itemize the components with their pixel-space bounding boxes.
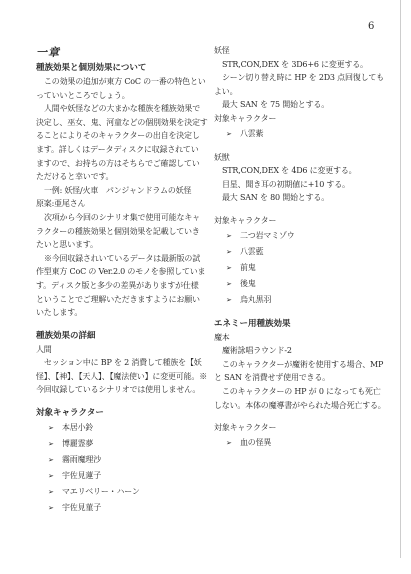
text-line: たいと思います。 (36, 238, 210, 252)
text-line: 一例: 妖怪/火車 パンジャンドラムの妖怪 (36, 184, 210, 198)
list-item: ➢本居小鈴 (48, 420, 210, 436)
character-name: 霧雨魔理沙 (62, 452, 101, 467)
list-item: ➢後鬼 (226, 276, 396, 292)
target-characters-heading: 対象キャラクター (214, 421, 396, 435)
text-line: ただけると幸いです。 (36, 170, 210, 184)
text-line: STR,CON,DEX を 4D6 に変更する。 (214, 164, 396, 178)
subsection-title-human: 人間 (36, 343, 210, 357)
subsection-title-youkai: 妖怪 (214, 44, 396, 58)
text-line: ラクターの種族効果と個別効果を記載していき (36, 225, 210, 239)
text-line: 人間や妖怪などの大まかな種族を種族効果で (36, 102, 210, 116)
text-line: シーン切り替え時に HP を 2D3 点回復しても (214, 71, 396, 85)
arrow-bullet-icon: ➢ (48, 453, 62, 468)
character-name: 宇佐見蓮子 (62, 468, 101, 483)
text-line: 最大 SAN を 80 開始とする。 (214, 191, 396, 205)
character-name: 本居小鈴 (62, 420, 93, 435)
character-name: 宇佐見菫子 (62, 500, 101, 515)
blank-line (214, 142, 396, 151)
list-item: ➢霧雨魔理沙 (48, 452, 210, 468)
text-line: よい。 (214, 85, 396, 99)
subsection-title-mahon: 魔本 (214, 331, 396, 345)
blank-line (214, 205, 396, 214)
arrow-bullet-icon: ➢ (48, 421, 62, 436)
blank-line (214, 308, 396, 317)
character-name: 博麗霊夢 (62, 436, 93, 451)
page-edge-line (400, 0, 401, 558)
text-line: っていいところでしょう。 (36, 89, 210, 103)
character-name: 血の怪異 (240, 435, 271, 450)
list-item: ➢前鬼 (226, 260, 396, 276)
target-character-list: ➢本居小鈴 ➢博麗霊夢 ➢霧雨魔理沙 ➢宇佐見蓮子 ➢マエリベリー・ハーン ➢宇… (36, 420, 210, 516)
text-line: このキャラクターの HP が 0 になっても死亡 (214, 385, 396, 399)
target-character-list: ➢八雲紫 (214, 126, 396, 142)
character-name: 烏丸黒羽 (240, 292, 271, 307)
list-item: ➢マエリベリー・ハーン (48, 484, 210, 500)
text-line: 作型東方 CoC の Ver.2.0 のモノを参照していま (36, 265, 210, 279)
character-name: 八雲紫 (240, 126, 263, 141)
subsection-title-youjuu: 妖獣 (214, 151, 396, 165)
section-heading-enemy: エネミー用種族効果 (214, 317, 396, 331)
text-line: 次項から今回のシナリオ集で使用可能なキャ (36, 211, 210, 225)
arrow-bullet-icon: ➢ (226, 293, 240, 308)
list-item: ➢宇佐見蓮子 (48, 468, 210, 484)
list-item: ➢血の怪異 (226, 435, 396, 451)
text-line: 最大 SAN を 75 開始とする。 (214, 98, 396, 112)
page-number: 6 (368, 21, 374, 33)
blank-line (214, 412, 396, 421)
text-line: この効果の追加が東方 CoC の一番の特色とい (36, 75, 210, 89)
list-item: ➢二つ岩マミゾウ (226, 228, 396, 244)
character-name: 二つ岩マミゾウ (240, 228, 295, 243)
blank-line (36, 397, 210, 406)
text-line: ます。詳しくはデータディスクに収録されてい (36, 143, 210, 157)
text-line: STR,CON,DEX を 3D6+6 に変更する。 (214, 58, 396, 72)
list-item: ➢博麗霊夢 (48, 436, 210, 452)
target-characters-heading: 対象キャラクター (214, 112, 396, 126)
text-line: ということでご理解いただきますようにお願い (36, 293, 210, 307)
text-line: 目星、聞き耳の初期値に+10 する。 (214, 178, 396, 192)
right-column: 妖怪 STR,CON,DEX を 3D6+6 に変更する。 シーン切り替え時に … (214, 44, 396, 451)
text-line: す。ディスク版と多少の差異がありますが仕様 (36, 279, 210, 293)
text-line: このキャラクターが魔術を使用する場合、MP (214, 358, 396, 372)
target-character-list: ➢血の怪異 (214, 435, 396, 451)
target-character-list: ➢二つ岩マミゾウ ➢八雲藍 ➢前鬼 ➢後鬼 ➢烏丸黒羽 (214, 228, 396, 308)
character-name: 前鬼 (240, 260, 256, 275)
document-page: 6 一章 種族効果と個別効果について この効果の追加が東方 CoC の一番の特色… (0, 0, 411, 574)
arrow-bullet-icon: ➢ (226, 245, 240, 260)
arrow-bullet-icon: ➢ (226, 261, 240, 276)
text-line: 決定し、巫女、鬼、河童などの個別効果を決定す (36, 116, 210, 130)
blank-line (36, 320, 210, 329)
list-item: ➢烏丸黒羽 (226, 292, 396, 308)
text-line: セッション中に BP を 2 消費して種族を【妖 (36, 356, 210, 370)
text-line: しない。本体の魔導書がやられた場合死亡する。 (214, 399, 396, 413)
section-heading-details: 種族効果の詳細 (36, 329, 210, 343)
arrow-bullet-icon: ➢ (226, 229, 240, 244)
arrow-bullet-icon: ➢ (226, 436, 240, 451)
arrow-bullet-icon: ➢ (48, 469, 62, 484)
arrow-bullet-icon: ➢ (226, 127, 240, 142)
section-heading-effects: 種族効果と個別効果について (36, 61, 210, 75)
arrow-bullet-icon: ➢ (226, 277, 240, 292)
target-characters-heading: 対象キャラクター (36, 406, 210, 420)
left-column: 一章 種族効果と個別効果について この効果の追加が東方 CoC の一番の特色とい… (36, 44, 210, 516)
text-line: 怪】、【神】、【天人】、【魔法使い】に変更可能。※ (36, 370, 210, 384)
arrow-bullet-icon: ➢ (48, 501, 62, 516)
text-line: ※今回収録されいているデータは最新版の試 (36, 252, 210, 266)
character-name: 後鬼 (240, 276, 256, 291)
list-item: ➢宇佐見菫子 (48, 500, 210, 516)
text-line: 今回収録しているシナリオでは使用しません。 (36, 383, 210, 397)
arrow-bullet-icon: ➢ (48, 485, 62, 500)
character-name: マエリベリー・ハーン (62, 484, 140, 499)
chapter-heading: 一章 (36, 44, 210, 61)
target-characters-heading: 対象キャラクター (214, 214, 396, 228)
arrow-bullet-icon: ➢ (48, 437, 62, 452)
text-line: ますので、お持ちの方はそちらでご確認してい (36, 157, 210, 171)
character-name: 八雲藍 (240, 244, 263, 259)
text-line: 魔術詠唱ラウンド-2 (214, 344, 396, 358)
text-line: 原案:亜尾さん (36, 197, 210, 211)
text-line: いたします。 (36, 306, 210, 320)
text-line: と SAN を消費せず使用できる。 (214, 371, 396, 385)
text-line: ることによりそのキャラクターの出自を決定し (36, 129, 210, 143)
list-item: ➢八雲紫 (226, 126, 396, 142)
list-item: ➢八雲藍 (226, 244, 396, 260)
